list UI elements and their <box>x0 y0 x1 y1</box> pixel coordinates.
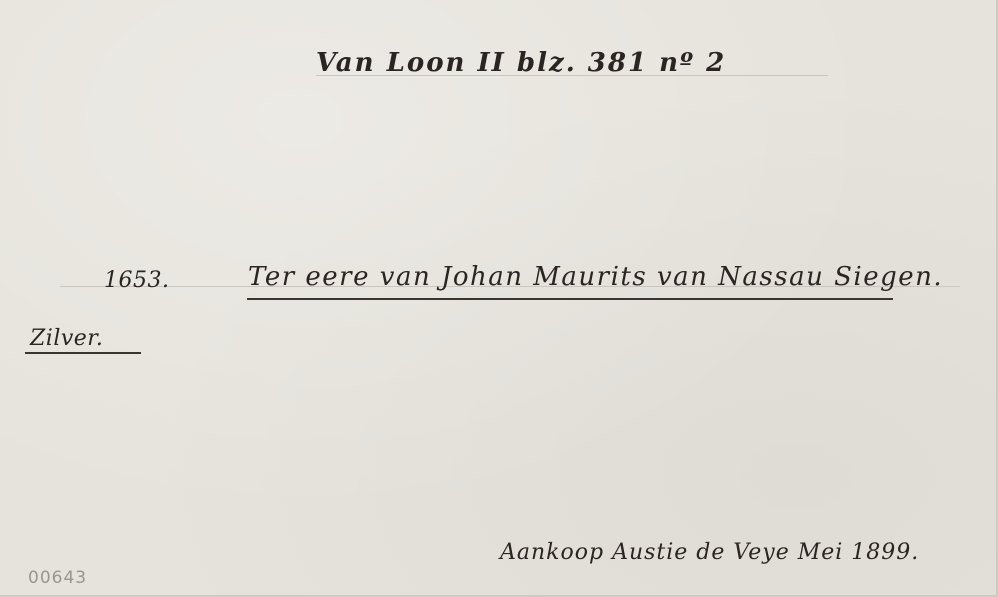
title-underline <box>247 298 893 300</box>
material-underline <box>25 352 141 354</box>
inventory-number: 00643 <box>28 568 87 588</box>
acquisition-text: Aankoop Austie de Veye Mei 1899. <box>500 540 919 565</box>
title-text: Ter eere van Johan Maurits van Nassau Si… <box>248 262 943 292</box>
archive-card: Van Loon II blz. 381 nº 2 1653. Ter eere… <box>0 0 998 597</box>
year-text: 1653. <box>104 268 169 293</box>
reference-text: Van Loon II blz. 381 nº 2 <box>316 48 726 78</box>
material-text: Zilver. <box>30 326 103 351</box>
